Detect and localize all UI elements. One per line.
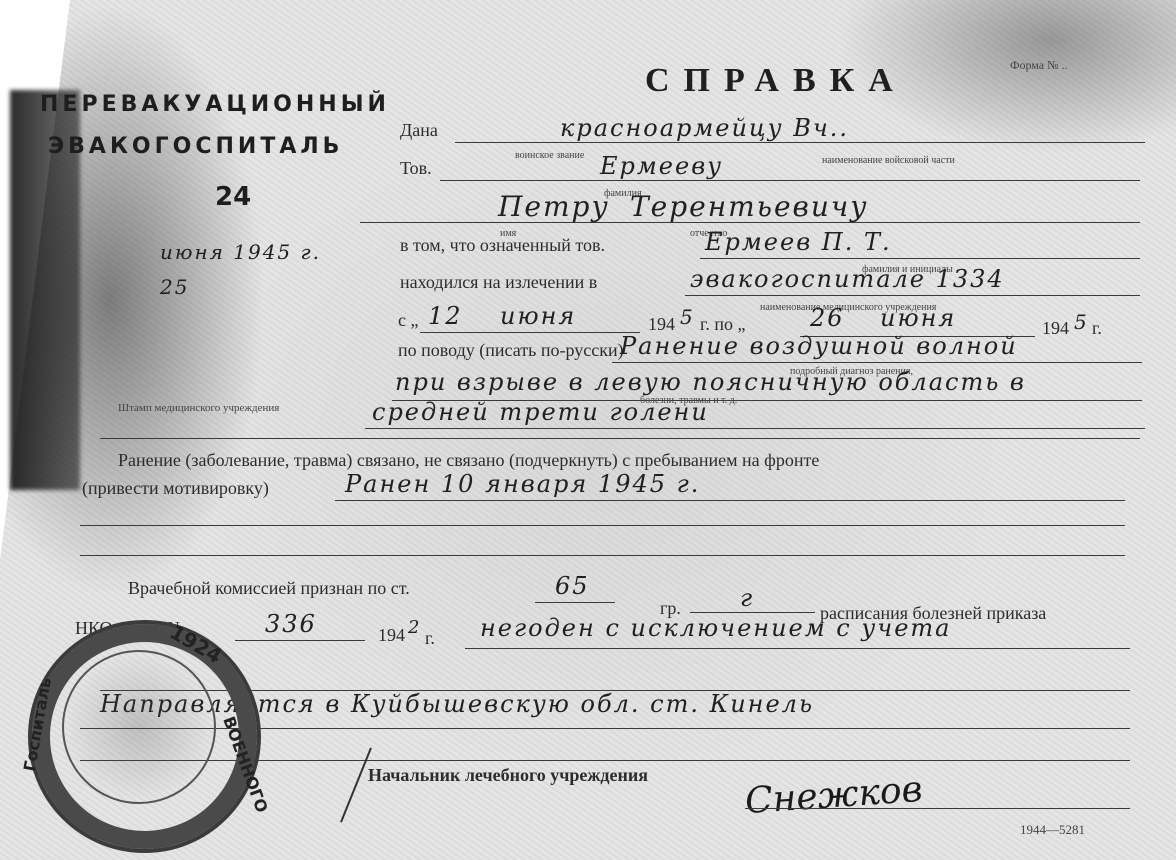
- order-number: 336: [265, 610, 317, 638]
- blank-line-1: [80, 525, 1125, 526]
- print-code: 1944—5281: [1020, 822, 1085, 838]
- patronymic-value: Терентьевичу: [630, 190, 869, 223]
- in-that-line: [700, 258, 1140, 259]
- signature-line: [745, 808, 1130, 809]
- to-day: 26: [810, 304, 845, 332]
- unit-caption: наименование войсковой части: [822, 155, 955, 166]
- to-year-value: 5: [1074, 310, 1089, 334]
- stamp-date: июня 1945 г.: [160, 240, 321, 264]
- group-value: г: [740, 584, 754, 612]
- motivation-value: Ранен 10 января 1945 г.: [345, 470, 700, 498]
- order-year-value: 2: [408, 617, 421, 638]
- group-line: [690, 612, 815, 613]
- seal-emblem: [62, 650, 216, 804]
- reason-value-3: средней трети голени: [372, 398, 709, 426]
- dana-value: красноармейцу Вч..: [560, 114, 849, 142]
- surname-line: [440, 180, 1140, 181]
- order-line: [235, 640, 365, 641]
- year-suffix: г.: [1092, 318, 1102, 339]
- rank-caption: воинское звание: [515, 150, 584, 161]
- separator-line: [100, 438, 1140, 439]
- stamp-line-1: ПЕРЕВАКУАЦИОННЫЙ: [40, 92, 390, 117]
- dana-line: [455, 142, 1145, 143]
- from-year-value: 5: [680, 305, 695, 329]
- from-prefix: с „: [398, 310, 418, 331]
- stamp-number: 24: [215, 182, 251, 212]
- from-day: 12: [428, 302, 463, 330]
- was-treated-label: находился на излечении в: [400, 272, 597, 293]
- surname-value: Ермееву: [600, 152, 723, 180]
- stamp-extra: 25: [160, 275, 189, 299]
- reason-value-1: Ранение воздушной волной: [620, 332, 1018, 360]
- article-line: [535, 602, 615, 603]
- name-value: Петру: [498, 190, 610, 223]
- commission-label: Врачебной комиссией признан по ст.: [128, 578, 410, 599]
- reason-line-3: [365, 428, 1145, 429]
- to-year-label: 194: [1042, 318, 1069, 339]
- motivation-label: (привести мотивировку): [82, 478, 269, 499]
- wound-relation-text: Ранение (заболевание, травма) связано, н…: [118, 450, 819, 471]
- dana-label: Дана: [400, 120, 438, 141]
- reason-label: по поводу (писать по-русски): [398, 340, 624, 361]
- form-number: Форма № ..: [1010, 58, 1068, 73]
- in-that-value: Ермеев П. Т.: [705, 228, 892, 256]
- verdict-value-1: негоден с исключением с учета: [480, 614, 951, 642]
- chief-label: Начальник лечебного учреждения: [368, 765, 648, 786]
- from-month: июня: [500, 302, 576, 330]
- in-that-label: в том, что означенный тов.: [400, 235, 605, 256]
- blank-line-2: [80, 555, 1125, 556]
- reason-line-1: [612, 362, 1142, 363]
- motivation-line: [335, 500, 1125, 501]
- stamp-caption: Штамп медицинского учреждения: [118, 402, 279, 414]
- order-year-suffix: г.: [425, 628, 435, 649]
- document-title: СПРАВКА: [645, 62, 907, 100]
- institution-line: [685, 295, 1140, 296]
- reason-value-2: при взрыве в левую поясничную область в: [395, 368, 1026, 396]
- tov-label: Тов.: [400, 158, 432, 179]
- verdict-line-1: [465, 648, 1130, 649]
- article-value: 65: [555, 572, 590, 600]
- institution-value: эвакогоспитале 1334: [690, 265, 1005, 293]
- from-date-line: [420, 332, 640, 333]
- order-year-label: 194: [378, 625, 405, 646]
- stamp-line-2: ЭВАКОГОСПИТАЛЬ: [48, 134, 343, 159]
- to-month: июня: [880, 304, 956, 332]
